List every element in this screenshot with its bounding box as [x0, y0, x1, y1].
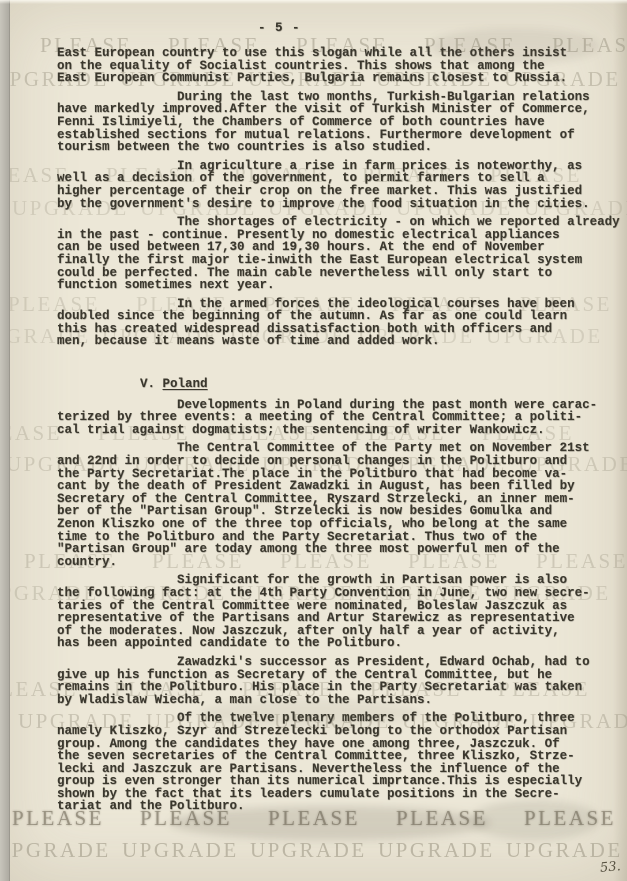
section-numeral: V.	[140, 377, 163, 391]
paragraph: In agriculture a rise in farm prices is …	[57, 160, 619, 210]
section-continued-paragraphs: East European country to use this slogan…	[57, 47, 619, 348]
paragraph: In the armed forces the ideological cour…	[57, 298, 619, 348]
section-title: Poland	[163, 377, 208, 391]
paragraph: East European country to use this slogan…	[57, 47, 619, 85]
watermark-row: UPGRADEUPGRADEUPGRADEUPGRADEUPGRADE	[0, 838, 627, 863]
watermark-word: UPGRADE	[378, 838, 506, 863]
paragraph: Zawadzki's successor as President, Edwar…	[57, 656, 619, 706]
watermark-word: UPGRADE	[250, 838, 378, 863]
scan-edge-left	[0, 0, 10, 881]
typewritten-text: East European country to use this slogan…	[57, 47, 619, 819]
paragraph: Developments in Poland during the past m…	[57, 399, 619, 437]
document-page: PLEASEPLEASEPLEASEPLEASEPLEASEUPGRADEUPG…	[0, 0, 627, 881]
scan-edge-top	[0, 0, 627, 4]
paragraph: Significant for the growth in Partisan p…	[57, 574, 619, 650]
scan-edge-right	[613, 0, 627, 881]
section-heading-poland: V. Poland	[140, 378, 619, 391]
paragraph: The shortages of electricity - on which …	[57, 216, 619, 292]
section-poland-paragraphs: Developments in Poland during the past m…	[57, 399, 619, 813]
paragraph: The Central Committee of the Party met o…	[57, 442, 619, 568]
paragraph: During the last two months, Turkish-Bulg…	[57, 91, 619, 154]
paragraph: Of the twelve plenary members of the Pol…	[57, 712, 619, 813]
watermark-word: UPGRADE	[0, 838, 122, 863]
watermark-word: UPGRADE	[122, 838, 250, 863]
page-number: - 5 -	[258, 21, 301, 35]
